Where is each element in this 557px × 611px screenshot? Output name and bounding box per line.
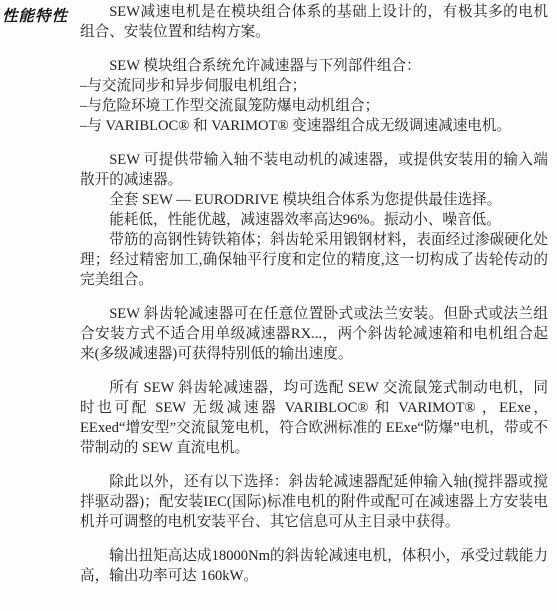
paragraph-torque: 输出扭矩高达成18000Nm的斜齿轮减速电机，体积小，承受过载能力高，输出功率可… [80, 546, 548, 586]
paragraph-extra-options: 除此以外，还有以下选择：斜齿轮减速器配延伸输入轴(搅拌器或搅拌驱动器)；配安装I… [80, 472, 548, 532]
paragraph-group-mounting: SEW 斜齿轮减速器可在任意位置卧式或法兰安装。但卧式或法兰组合安装方式不适合用… [80, 304, 548, 364]
paragraph-group-intro: SEW减速电机是在模块组合体系的基础上设计的，有极其多的电机组合、安装位置和结构… [80, 2, 548, 42]
list-item-variable-speed-drives: –与 VARIBLOC® 和 VARIMOT® 变速器组合成无级调速减速电机。 [80, 116, 548, 136]
paragraph-group-modular-system: SEW 模块组合系统允许减速器与下列部件组合： –与交流同步和异步伺服电机组合；… [80, 56, 548, 136]
paragraph-group-torque: 输出扭矩高达成18000Nm的斜齿轮减速电机，体积小，承受过载能力高，输出功率可… [80, 546, 548, 586]
list-item-explosion-proof-motors: –与危险环境工作型交流鼠笼防爆电动机组合； [80, 96, 548, 116]
section-heading: 性能特性 [2, 4, 68, 26]
body-column: SEW减速电机是在模块组合体系的基础上设计的，有极其多的电机组合、安装位置和结构… [80, 2, 548, 586]
paragraph-housing: 带筋的高钢性铸铁箱体；斜齿轮采用锻钢材料，表面经过渗碳硬化处理；经过精密加工,确… [80, 230, 548, 290]
paragraph-mounting: SEW 斜齿轮减速器可在任意位置卧式或法兰安装。但卧式或法兰组合安装方式不适合用… [80, 304, 548, 364]
paragraph-group-supply-and-quality: SEW 可提供带输入轴不装电动机的减速器，或提供安装用的输入端散开的减速器。 全… [80, 150, 548, 290]
list-item-servo-motors: –与交流同步和异步伺服电机组合； [80, 76, 548, 96]
paragraph-group-motor-options: 所有 SEW 斜齿轮减速器，均可选配 SEW 交流鼠笼式制动电机，同时也可配 S… [80, 378, 548, 458]
paragraph-supply: SEW 可提供带输入轴不装电动机的减速器，或提供安装用的输入端散开的减速器。 [80, 150, 548, 190]
paragraph-group-extra-options: 除此以外，还有以下选择：斜齿轮减速器配延伸输入轴(搅拌器或搅拌驱动器)；配安装I… [80, 472, 548, 532]
paragraph-efficiency: 能耗低，性能优越，减速器效率高达96%。振动小、噪音低。 [80, 210, 548, 230]
document-page: 性能特性 SEW减速电机是在模块组合体系的基础上设计的，有极其多的电机组合、安装… [0, 0, 557, 611]
paragraph-full-range: 全套 SEW — EURODRIVE 模块组合体系为您提供最佳选择。 [80, 190, 548, 210]
paragraph-motor-options: 所有 SEW 斜齿轮减速器，均可选配 SEW 交流鼠笼式制动电机，同时也可配 S… [80, 378, 548, 458]
paragraph-intro: SEW减速电机是在模块组合体系的基础上设计的，有极其多的电机组合、安装位置和结构… [80, 2, 548, 42]
paragraph-modular-lead: SEW 模块组合系统允许减速器与下列部件组合： [80, 56, 548, 76]
